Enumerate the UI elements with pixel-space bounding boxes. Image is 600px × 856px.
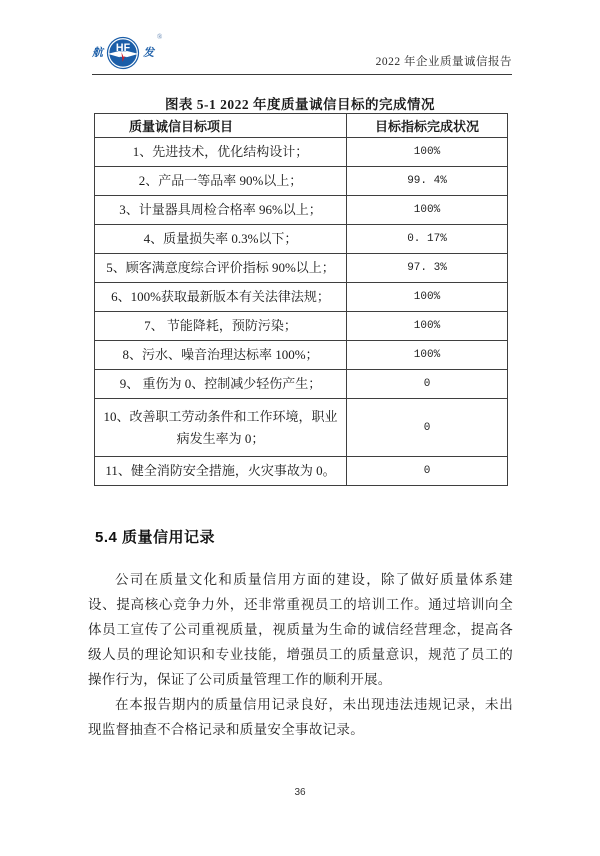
table-header-row: 质量诚信目标项目 目标指标完成状况 xyxy=(95,114,508,138)
document-page: 航 HF 发 ® 2022 年企业质量诚信报告 图表 5-1 2022 年度质量… xyxy=(0,0,600,856)
goal-value: 99. 4% xyxy=(347,167,508,196)
goal-value: 100% xyxy=(347,138,508,167)
goal-item: 5、顾客满意度综合评价指标 90%以上； xyxy=(95,254,347,283)
logo-left-char: 航 xyxy=(92,48,103,59)
goal-value: 0 xyxy=(347,457,508,486)
goal-item: 1、先进技术，优化结构设计； xyxy=(95,138,347,167)
section-body: 公司在质量文化和质量信用方面的建设，除了做好质量体系建设、提高核心竞争力外，还非… xyxy=(88,567,513,742)
table-row: 4、质量损失率 0.3%以下； 0. 17% xyxy=(95,225,508,254)
page-number: 36 xyxy=(0,787,600,798)
table-row: 8、污水、噪音治理达标率 100%； 100% xyxy=(95,341,508,370)
section-heading: 5.4 质量信用记录 xyxy=(95,526,215,547)
goal-item: 9、 重伤为 0、控制减少轻伤产生； xyxy=(95,370,347,399)
table-row: 5、顾客满意度综合评价指标 90%以上； 97. 3% xyxy=(95,254,508,283)
report-header-title: 2022 年企业质量诚信报告 xyxy=(376,53,512,70)
table-row: 11、健全消防安全措施，火灾事故为 0。 0 xyxy=(95,457,508,486)
goal-value: 100% xyxy=(347,283,508,312)
goal-value: 100% xyxy=(347,341,508,370)
svg-text:HF: HF xyxy=(116,42,131,54)
table-row: 3、计量器具周检合格率 96%以上； 100% xyxy=(95,196,508,225)
goal-item: 7、 节能降耗，预防污染； xyxy=(95,312,347,341)
column-header-value: 目标指标完成状况 xyxy=(347,114,508,138)
goal-value: 97. 3% xyxy=(347,254,508,283)
goal-item: 3、计量器具周检合格率 96%以上； xyxy=(95,196,347,225)
goal-value: 0. 17% xyxy=(347,225,508,254)
goal-value: 0 xyxy=(347,399,508,457)
goal-value: 100% xyxy=(347,312,508,341)
table-row: 10、改善职工劳动条件和工作环境，职业病发生率为 0； 0 xyxy=(95,399,508,457)
quality-goals-table: 质量诚信目标项目 目标指标完成状况 1、先进技术，优化结构设计； 100% 2、… xyxy=(94,113,508,486)
goal-item: 4、质量损失率 0.3%以下； xyxy=(95,225,347,254)
table-row: 7、 节能降耗，预防污染； 100% xyxy=(95,312,508,341)
goal-value: 0 xyxy=(347,370,508,399)
goal-item: 10、改善职工劳动条件和工作环境，职业病发生率为 0； xyxy=(95,399,347,457)
table-row: 9、 重伤为 0、控制减少轻伤产生； 0 xyxy=(95,370,508,399)
table-row: 1、先进技术，优化结构设计； 100% xyxy=(95,138,508,167)
paragraph: 在本报告期内的质量信用记录良好，未出现违法违规记录，未出现监督抽查不合格记录和质… xyxy=(88,692,513,742)
logo-right-char: 发 xyxy=(143,48,154,59)
goal-item: 2、产品一等品率 90%以上； xyxy=(95,167,347,196)
company-logo: 航 HF 发 ® xyxy=(92,36,162,70)
table-row: 2、产品一等品率 90%以上； 99. 4% xyxy=(95,167,508,196)
goal-item: 11、健全消防安全措施，火灾事故为 0。 xyxy=(95,457,347,486)
goal-item: 8、污水、噪音治理达标率 100%； xyxy=(95,341,347,370)
registered-trademark-icon: ® xyxy=(157,34,162,41)
table-caption: 图表 5-1 2022 年度质量诚信目标的完成情况 xyxy=(0,93,600,113)
goal-item: 6、100%获取最新版本有关法律法规； xyxy=(95,283,347,312)
hf-logo-icon: HF xyxy=(106,36,140,70)
paragraph: 公司在质量文化和质量信用方面的建设，除了做好质量体系建设、提高核心竞争力外，还非… xyxy=(88,567,513,692)
table-row: 6、100%获取最新版本有关法律法规； 100% xyxy=(95,283,508,312)
goal-value: 100% xyxy=(347,196,508,225)
column-header-item: 质量诚信目标项目 xyxy=(95,114,347,138)
page-header: 航 HF 发 ® 2022 年企业质量诚信报告 xyxy=(92,36,512,75)
